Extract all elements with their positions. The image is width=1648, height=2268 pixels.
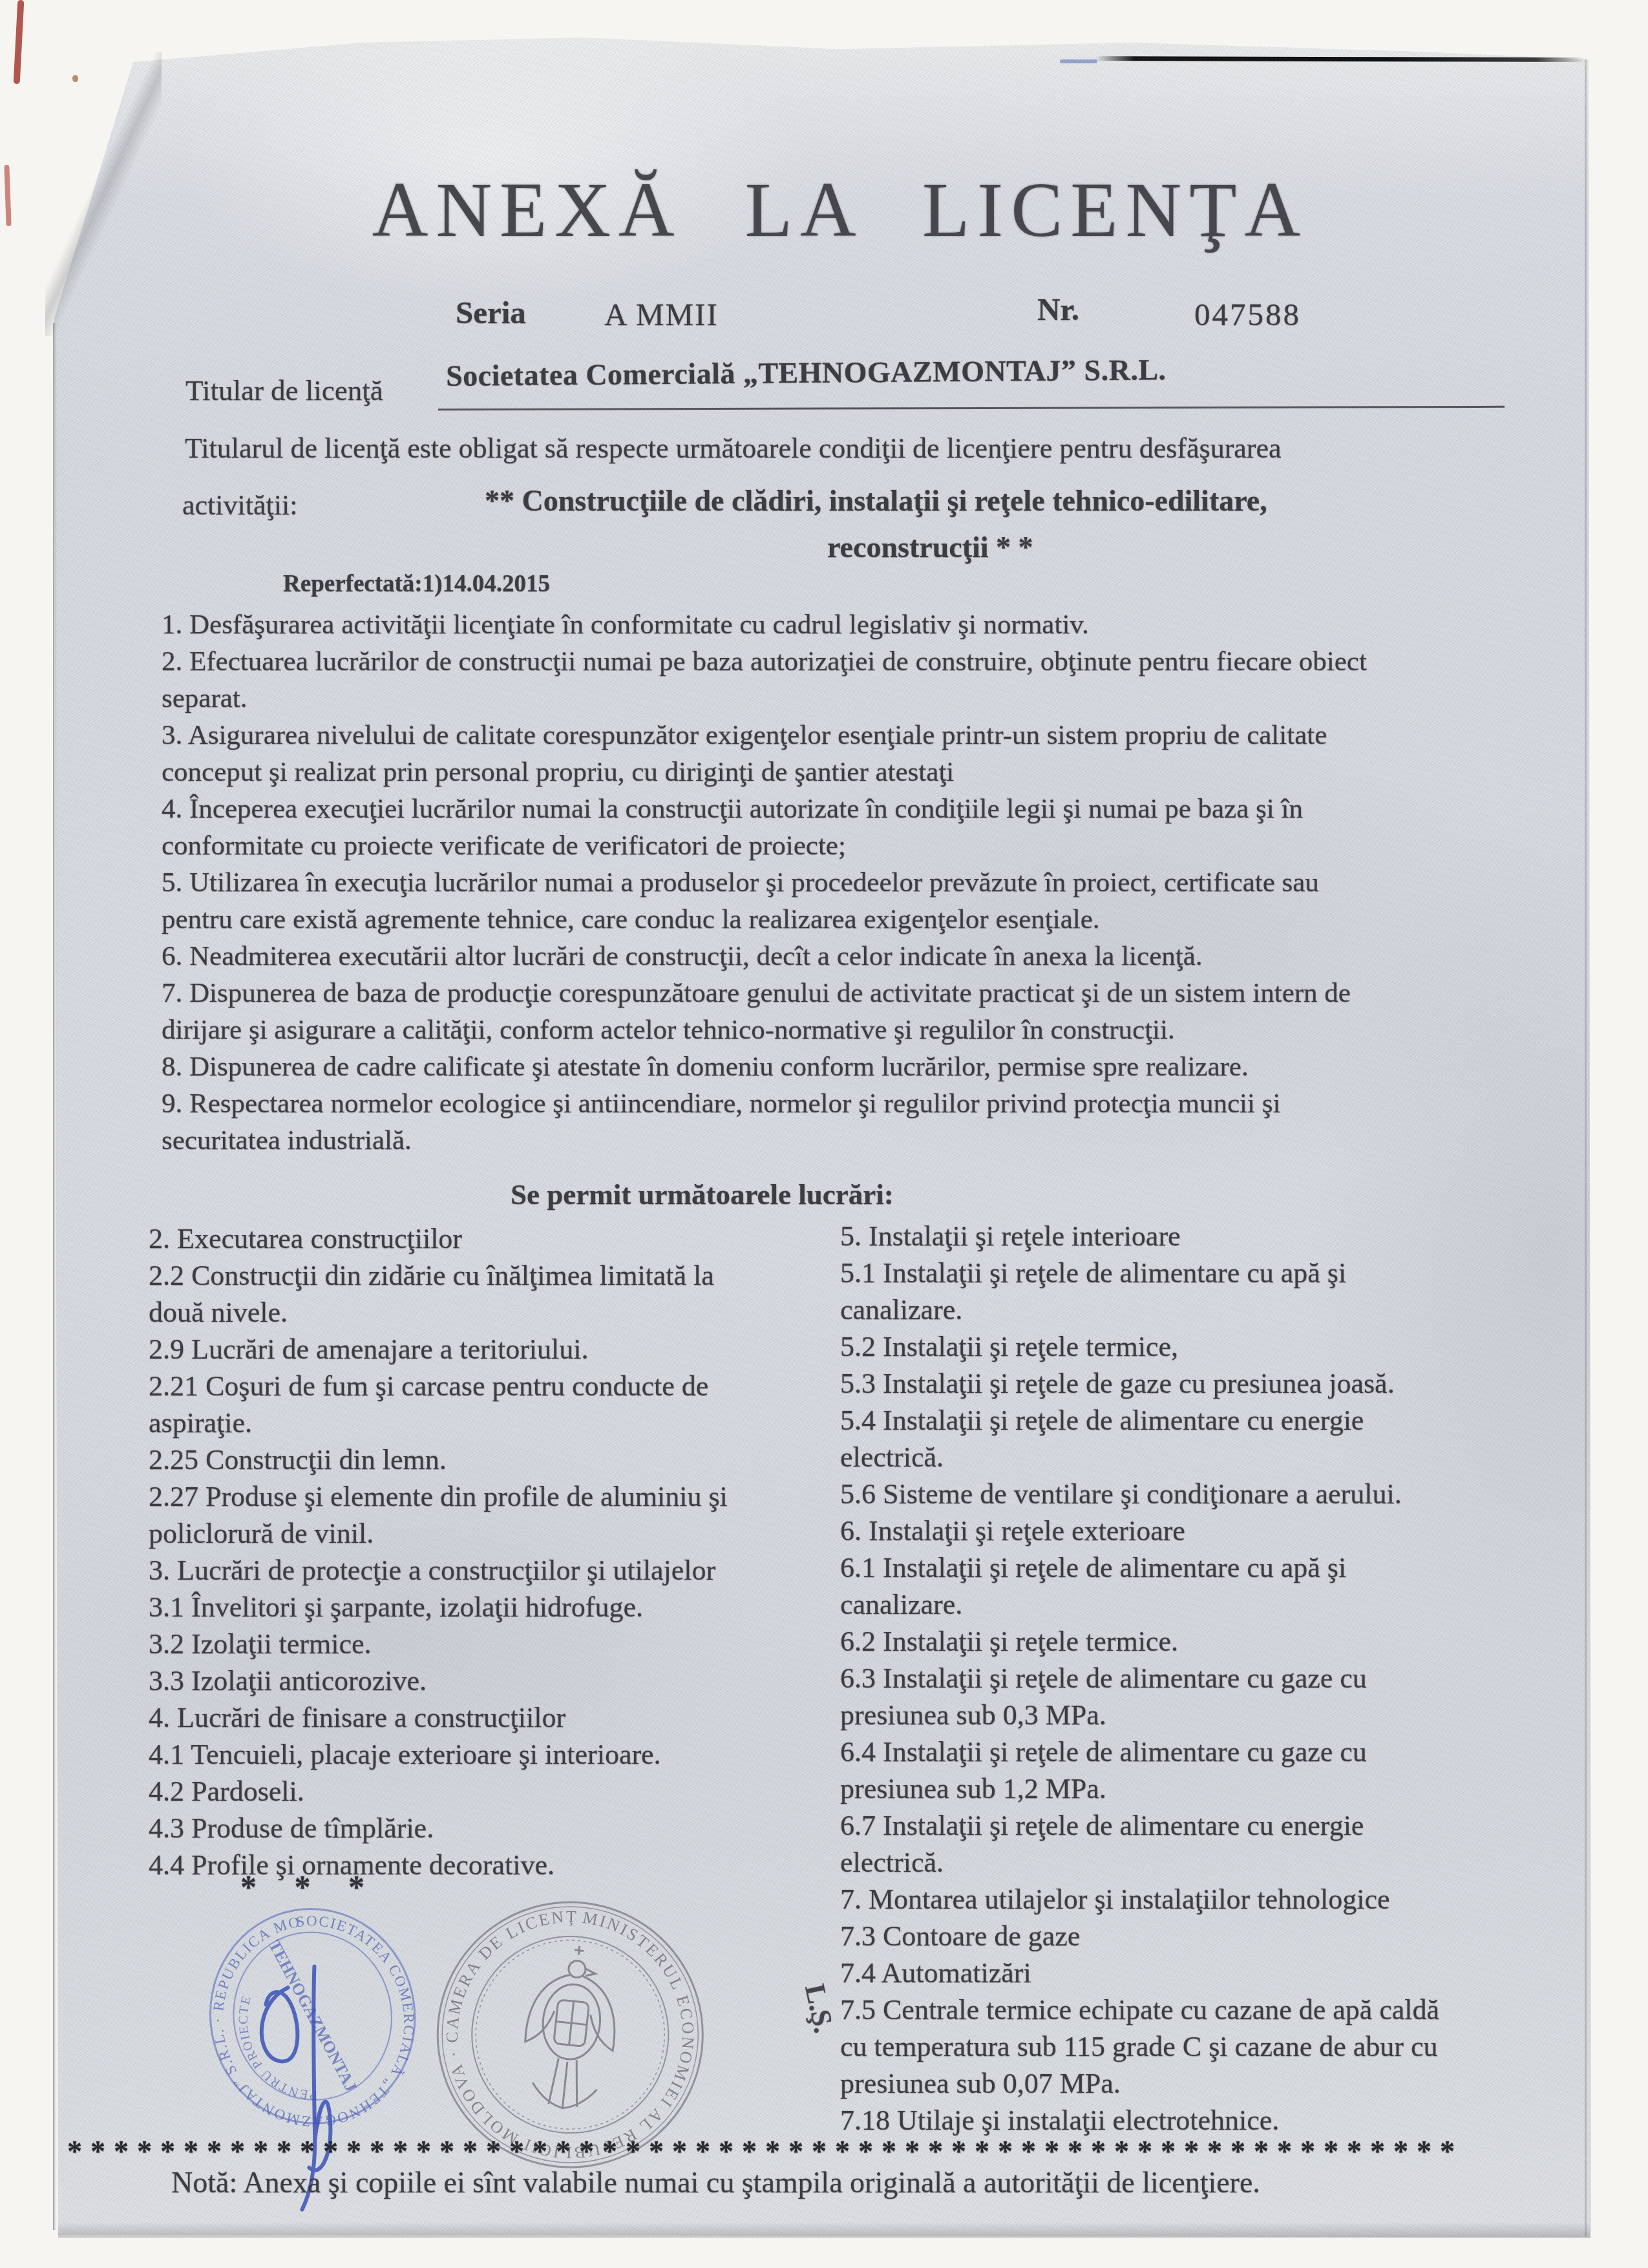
permitted-item: 6.2 Instalaţii şi reţele termice.: [840, 1623, 1439, 1660]
condition-line: 3. Asigurarea nivelului de calitate core…: [162, 717, 1367, 754]
condition-line: 9. Respectarea normelor ecologice şi ant…: [162, 1085, 1367, 1122]
permitted-works-left-column: 2. Executarea construcţiilor 2.2 Constru…: [149, 1220, 728, 1883]
permitted-item: electrică.: [840, 1439, 1439, 1476]
permitted-item: 7.18 Utilaje şi instalaţii electrotehnic…: [840, 2102, 1439, 2139]
permitted-item: cu temperatura sub 115 grade C şi cazane…: [840, 2028, 1439, 2065]
condition-line: 4. Începerea execuţiei lucrărilor numai …: [162, 790, 1367, 827]
permitted-item: 6. Instalaţii şi reţele exterioare: [840, 1512, 1439, 1549]
permitted-item: două nivele.: [149, 1294, 728, 1331]
permitted-item: 3.1 Învelitori şi şarpante, izolaţii hid…: [149, 1589, 728, 1626]
permitted-item: 2.2 Construcţii din zidărie cu înălţimea…: [149, 1257, 728, 1294]
permitted-item: 5.2 Instalaţii şi reţele termice,: [840, 1328, 1439, 1365]
permitted-item: 7. Montarea utilajelor şi instalaţiilor …: [840, 1881, 1439, 1918]
permitted-item: 4.1 Tencuieli, placaje exterioare şi int…: [149, 1736, 728, 1773]
asterisk-separator-row: ****************************************…: [67, 2134, 1499, 2168]
permitted-item: 3.2 Izolaţii termice.: [149, 1626, 728, 1662]
scan-streak-blue: [1060, 59, 1097, 63]
permitted-item: 4.4 Profile şi ornamente decorative.: [149, 1847, 728, 1883]
permitted-item: 7.5 Centrale termice echipate cu cazane …: [840, 1991, 1439, 2028]
titular-label: Titular de licenţă: [185, 374, 383, 407]
paper-bottom-edge-shadow: [58, 2222, 1590, 2238]
permitted-item: aspiraţie.: [149, 1404, 728, 1441]
permitted-item: 5.1 Instalaţii şi reţele de alimentare c…: [840, 1255, 1439, 1291]
condition-line: 8. Dispunerea de cadre calificate şi ate…: [162, 1048, 1367, 1085]
seria-label: Seria: [456, 294, 526, 331]
condition-line: 6. Neadmiterea executării altor lucrări …: [162, 938, 1367, 975]
permitted-item: 6.7 Instalaţii şi reţele de alimentare c…: [840, 1807, 1439, 1844]
corner-fold-crease: [45, 52, 162, 336]
activity-line-1: ** Construcţiile de clădiri, instalaţii …: [485, 483, 1267, 518]
condition-line: pentru care există agremente tehnice, ca…: [162, 901, 1367, 938]
permitted-item: 7.4 Automatizări: [840, 1955, 1439, 1991]
permitted-item: 5.6 Sisteme de ventilare şi condiţionare…: [840, 1476, 1439, 1512]
condition-line: conceput şi realizat prin personal propr…: [162, 754, 1367, 790]
nr-value: 047588: [1194, 296, 1301, 333]
condition-line: dirijare şi asigurare a calităţii, confo…: [162, 1012, 1367, 1048]
permitted-item: 5.3 Instalaţii şi reţele de gaze cu pres…: [840, 1365, 1439, 1402]
condition-line: 2. Efectuarea lucrărilor de construcţii …: [162, 643, 1367, 680]
red-pen-mark-top: [14, 0, 25, 84]
intro-line: Titularul de licenţă este obligat să res…: [185, 432, 1282, 465]
permitted-item: 3. Lucrări de protecţie a construcţiilor…: [149, 1552, 728, 1589]
permitted-item: presiunea sub 0,07 MPa.: [840, 2065, 1439, 2102]
nr-label: Nr.: [1037, 291, 1079, 328]
intro-activity-label: activităţii:: [182, 489, 297, 522]
nota-footer: Notă: Anexa şi copiile ei sînt valabile …: [171, 2165, 1260, 2199]
activity-line-2: reconstrucţii * *: [827, 530, 1033, 564]
titular-value: Societatea Comercială „TEHNOGAZMONTAJ” S…: [446, 352, 1167, 393]
document-title: ANEXĂ LA LICENŢA: [259, 165, 1422, 255]
permitted-item: 6.1 Instalaţii şi reţele de alimentare c…: [840, 1549, 1439, 1586]
permitted-item: presiunea sub 1,2 MPa.: [840, 1770, 1439, 1807]
permitted-item: 2.9 Lucrări de amenajare a teritoriului.: [149, 1331, 728, 1368]
permitted-item: 6.4 Instalaţii şi reţele de alimentare c…: [840, 1733, 1439, 1770]
permitted-item: electrică.: [840, 1844, 1439, 1881]
permitted-item: 5.4 Instalaţii şi reţele de alimentare c…: [840, 1402, 1439, 1439]
seria-value: A MMII: [604, 296, 719, 333]
conditions-list: 1. Desfăşurarea activităţii licenţiate î…: [162, 606, 1367, 1159]
condition-line: 7. Dispunerea de baza de producţie cores…: [162, 975, 1367, 1012]
permitted-item: 6.3 Instalaţii şi reţele de alimentare c…: [840, 1660, 1439, 1697]
permitted-works-right-column: 5. Instalaţii şi reţele interioare 5.1 I…: [840, 1218, 1439, 2139]
paper-fleck: [72, 75, 78, 82]
permitted-item: 2.21 Coşuri de fum şi carcase pentru con…: [149, 1368, 728, 1404]
permitted-works-heading: Se permit următoarele lucrări:: [511, 1178, 894, 1211]
condition-line: separat.: [162, 680, 1367, 717]
paper-left-edge-shadow: [53, 323, 57, 2230]
permitted-item: 5. Instalaţii şi reţele interioare: [840, 1218, 1439, 1255]
permitted-item: 2.25 Construcţii din lemn.: [149, 1441, 728, 1478]
paper-right-edge-line: [1585, 59, 1587, 2236]
permitted-item: 3.3 Izolaţii anticorozive.: [149, 1662, 728, 1699]
permitted-item: 2. Executarea construcţiilor: [149, 1220, 728, 1257]
permitted-item: 7.3 Contoare de gaze: [840, 1918, 1439, 1955]
reperfectata-note: Reperfectată:1)14.04.2015: [283, 570, 550, 598]
condition-line: 1. Desfăşurarea activităţii licenţiate î…: [162, 606, 1367, 643]
permitted-item: presiunea sub 0,3 MPa.: [840, 1697, 1439, 1733]
condition-line: securitatea industrială.: [162, 1122, 1367, 1159]
red-pen-mark-left: [4, 165, 11, 226]
coat-of-arms-eagle: [518, 1942, 624, 2114]
permitted-item: policlorură de vinil.: [149, 1515, 728, 1552]
condition-line: conformitate cu proiecte verificate de v…: [162, 827, 1367, 864]
permitted-item: 2.27 Produse şi elemente din profile de …: [149, 1478, 728, 1515]
permitted-item: 4. Lucrări de finisare a construcţiilor: [149, 1699, 728, 1736]
permitted-item: canalizare.: [840, 1291, 1439, 1328]
permitted-item: canalizare.: [840, 1586, 1439, 1623]
permitted-item: 4.2 Pardoseli.: [149, 1773, 728, 1810]
permitted-item: 4.3 Produse de tîmplărie.: [149, 1810, 728, 1847]
asterisk-separator-small: * * *: [240, 1868, 364, 1905]
condition-line: 5. Utilizarea în execuţia lucrărilor num…: [162, 864, 1367, 901]
scanned-license-annex-page: SOCIETATEA COMERCIALĂ „TEHNOGAZMONTAJ” S…: [0, 0, 1648, 2268]
